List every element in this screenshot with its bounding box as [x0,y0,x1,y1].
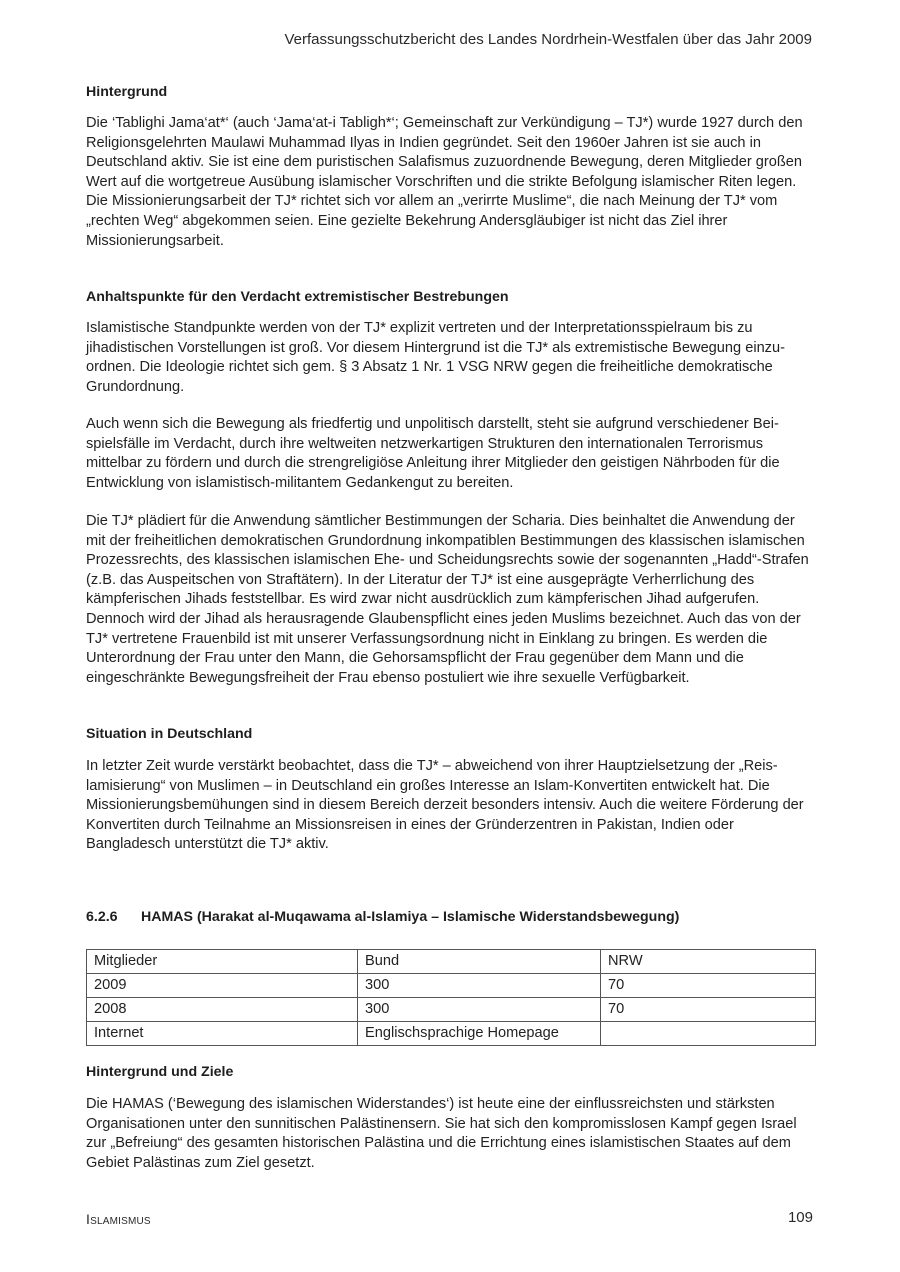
paragraph-hamas: Die HAMAS (‘Bewegung des islamischen Wid… [86,1095,816,1173]
table-cell: Internet [87,1022,358,1046]
page-number: 109 [788,1209,813,1226]
chapter-title: HAMAS (Harakat al-Muqawama al-Islamiya –… [141,909,679,925]
members-table: Mitglieder Bund NRW 2009 300 70 2008 300… [86,949,816,1046]
table-cell: 300 [358,974,601,998]
table-cell: 70 [601,998,816,1022]
heading-anhaltspunkte: Anhaltspunkte für den Verdacht extremist… [86,287,816,307]
table-cell: Englischsprachige Homepage [358,1022,601,1046]
table-row: Internet Englischsprachige Homepage [87,1022,816,1046]
table-row: Mitglieder Bund NRW [87,950,816,974]
paragraph-anhaltspunkte-2: Auch wenn sich die Bewegung als friedfer… [86,415,816,493]
table-cell [601,1022,816,1046]
heading-situation: Situation in Deutschland [86,724,816,744]
footer-section-name: Islamismus [86,1211,151,1227]
table-row: 2008 300 70 [87,998,816,1022]
table-cell: 70 [601,974,816,998]
table-cell: Mitglieder [87,950,358,974]
table-row: 2009 300 70 [87,974,816,998]
chapter-number: 6.2.6 [86,909,141,925]
table-cell: 300 [358,998,601,1022]
chapter-heading: 6.2.6HAMAS (Harakat al-Muqawama al-Islam… [86,909,816,925]
heading-hintergrund-ziele: Hintergrund und Ziele [86,1062,816,1082]
heading-hintergrund: Hintergrund [86,82,816,102]
paragraph-situation: In letzter Zeit wurde verstärkt beobacht… [86,757,816,855]
table-cell: NRW [601,950,816,974]
table-cell: 2009 [87,974,358,998]
paragraph-anhaltspunkte-1: Islamistische Standpunkte werden von der… [86,319,816,397]
paragraph-hintergrund: Die ‘Tablighi Jama‘at*‘ (auch ‘Jama‘at-i… [86,114,816,251]
running-header: Verfassungsschutzbericht des Landes Nord… [284,31,812,48]
paragraph-anhaltspunkte-3: Die TJ* plädiert für die Anwendung sämtl… [86,512,816,688]
table-cell: Bund [358,950,601,974]
table-cell: 2008 [87,998,358,1022]
